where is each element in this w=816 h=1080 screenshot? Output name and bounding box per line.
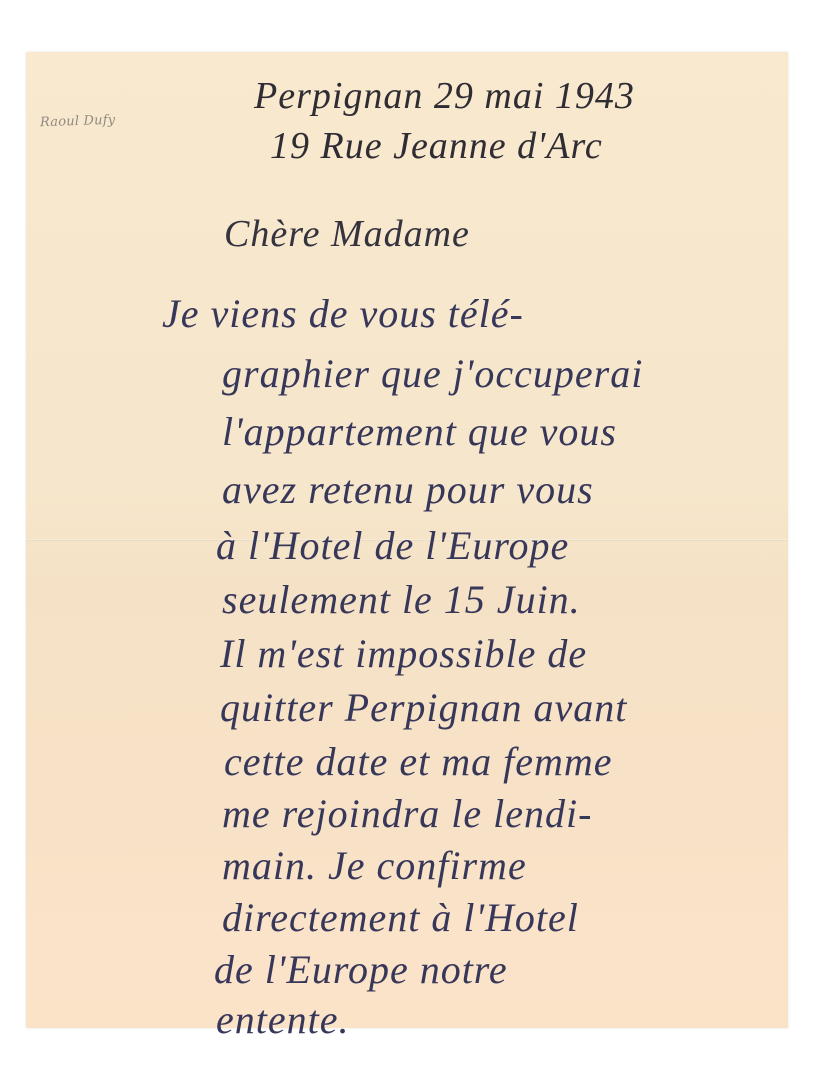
body-line-2: graphier que j'occuperai bbox=[222, 350, 643, 397]
body-line-7: Il m'est impossible de bbox=[220, 630, 587, 677]
body-line-8: quitter Perpignan avant bbox=[220, 684, 627, 731]
body-line-4: avez retenu pour vous bbox=[222, 466, 594, 513]
letter-salutation: Chère Madame bbox=[224, 212, 470, 256]
body-line-14: entente. bbox=[216, 997, 350, 1042]
body-line-3: l'appartement que vous bbox=[222, 408, 617, 455]
body-line-5: à l'Hotel de l'Europe bbox=[216, 522, 569, 569]
body-line-10: me rejoindra le lendi- bbox=[222, 790, 592, 837]
body-line-9: cette date et ma femme bbox=[224, 738, 613, 785]
body-line-12: directement à l'Hotel bbox=[222, 894, 579, 941]
letter-place-date: Perpignan 29 mai 1943 bbox=[254, 74, 635, 118]
pencil-annotation-author: Raoul Dufy bbox=[40, 113, 116, 131]
body-line-13: de l'Europe notre bbox=[214, 946, 508, 993]
letter-address: 19 Rue Jeanne d'Arc bbox=[270, 124, 603, 168]
body-line-14-wrapper: entente. bbox=[216, 996, 350, 1043]
body-line-1: Je viens de vous télé- bbox=[162, 290, 524, 337]
body-line-11: main. Je confirme bbox=[222, 842, 527, 889]
body-line-6: seulement le 15 Juin. bbox=[222, 576, 581, 623]
letter-page: Raoul Dufy Perpignan 29 mai 1943 19 Rue … bbox=[26, 52, 788, 1028]
